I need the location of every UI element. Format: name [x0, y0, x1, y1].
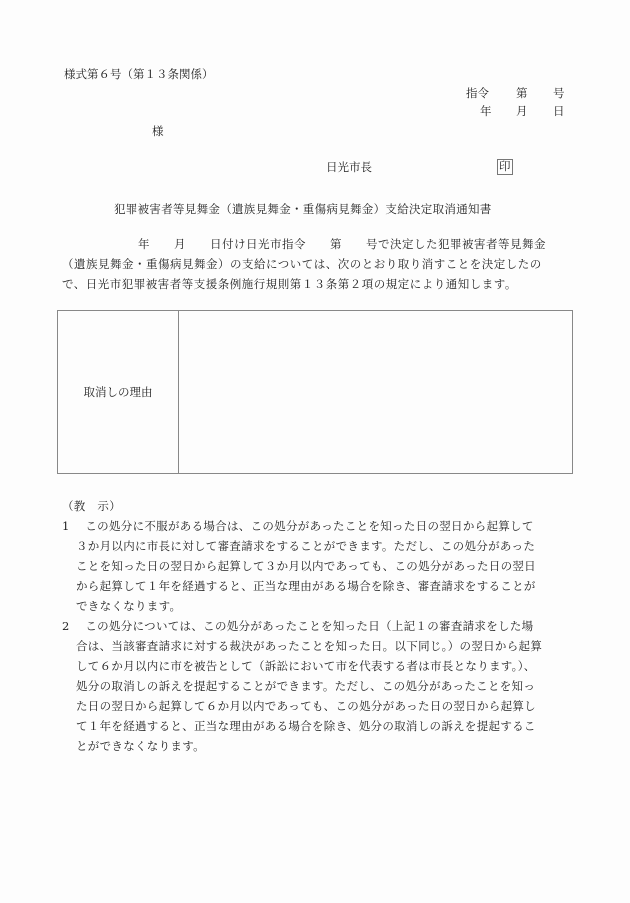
date-day: 日	[553, 106, 565, 118]
notice-item-1-line: ３か月以内に市長に対して審査請求をすることができます。ただし、この処分があった	[62, 536, 577, 556]
order-go: 号	[553, 88, 565, 100]
notice-item-2-line: 2 この処分については、この処分があったことを知った日（上記１の審査請求をした場	[62, 616, 577, 636]
notice-item-2-line: 処分の取消しの訴えを提起することができます。ただし、この処分があったことを知っ	[62, 676, 577, 696]
reason-table: 取消しの理由	[57, 310, 573, 474]
seal-mark: 印	[497, 159, 513, 175]
notice-item-2-line: とができなくなります。	[62, 736, 577, 756]
document-title: 犯罪被害者等見舞金（遺族見舞金・重傷病見舞金）支給決定取消通知書	[114, 204, 492, 216]
date-year: 年	[480, 106, 492, 118]
body-line: 年 月 日付け日光市指令 第 号で決定した犯罪被害者等見舞金	[62, 234, 572, 254]
notice-item-1-line: できなくなります。	[62, 596, 577, 616]
body-line: で、日光市犯罪被害者等支援条例施行規則第１３条第２項の規定により通知します。	[62, 274, 572, 294]
issuer: 日光市長	[326, 162, 372, 174]
notice-item-1-line: 1 この処分に不服がある場合は、この処分があったことを知った日の翌日から起算して	[62, 516, 577, 536]
order-dai: 第	[516, 88, 528, 100]
notice-item-1-line: ことを知った日の翌日から起算して３か月以内であっても、この処分があった日の翌日	[62, 556, 577, 576]
notice-section: （教 示） 1 この処分に不服がある場合は、この処分があったことを知った日の翌日…	[62, 496, 577, 756]
order-prefix: 指令	[466, 88, 489, 100]
body-line: （遺族見舞金・重傷病見舞金）の支給については、次のとおり取り消すことを決定したの	[62, 254, 572, 274]
notice-heading: （教 示）	[62, 496, 577, 516]
form-number: 様式第６号（第１３条関係）	[64, 69, 214, 81]
notice-item-1-line: から起算して１年を経過すると、正当な理由がある場合を除き、審査請求をすることが	[62, 576, 577, 596]
body-paragraph: 年 月 日付け日光市指令 第 号で決定した犯罪被害者等見舞金 （遺族見舞金・重傷…	[62, 234, 572, 294]
notice-item-2-line: て１年を経過すると、正当な理由がある場合を除き、処分の取消しの訴えを提起するこ	[62, 716, 577, 736]
reason-value[interactable]	[179, 311, 573, 474]
reason-label: 取消しの理由	[58, 311, 179, 474]
date-month: 月	[516, 106, 528, 118]
notice-item-2-line: 合は、当該審査請求に対する裁決があったことを知った日。以下同じ。）の翌日から起算	[62, 636, 577, 656]
addressee-suffix: 様	[152, 126, 164, 138]
notice-item-2-line: して６か月以内に市を被告として（訴訟において市を代表する者は市長となります。）、	[62, 656, 577, 676]
notice-item-2-line: た日の翌日から起算して６か月以内であっても、この処分があった日の翌日から起算し	[62, 696, 577, 716]
